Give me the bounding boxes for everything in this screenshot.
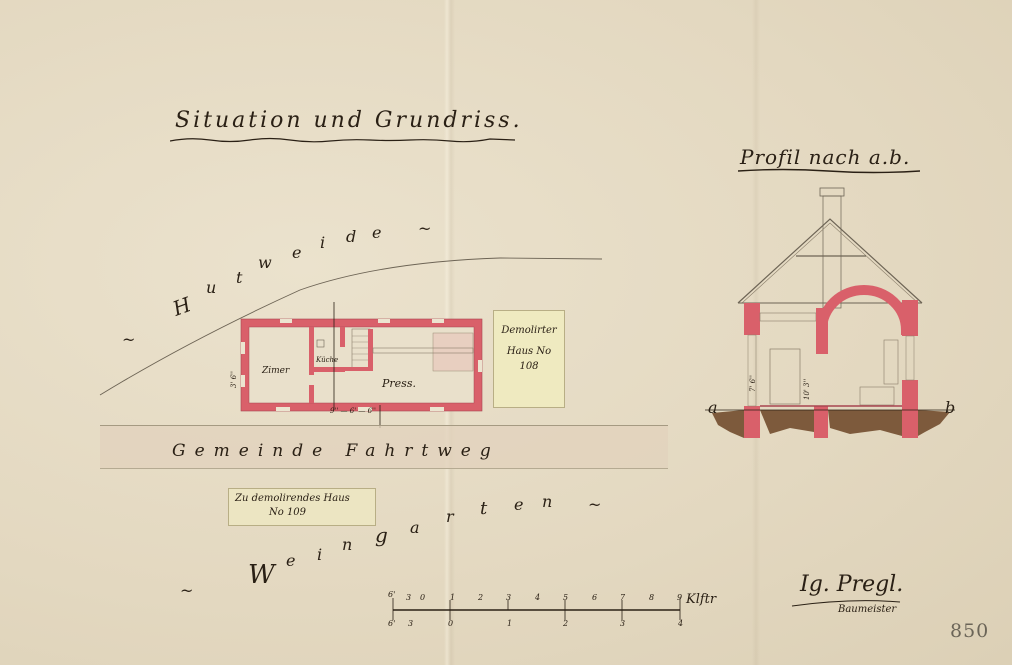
- svg-text:2: 2: [477, 593, 483, 602]
- svg-text:w: w: [258, 253, 272, 272]
- svg-text:0: 0: [420, 593, 425, 602]
- svg-text:6: 6: [592, 593, 597, 602]
- demolished-house-note: Demolirter Haus No 108: [493, 310, 565, 408]
- section-drawing: 7' 6'' 10' 3'': [705, 188, 955, 438]
- svg-text:4: 4: [677, 619, 683, 628]
- svg-text:5: 5: [563, 593, 568, 602]
- svg-text:a: a: [410, 518, 420, 537]
- demolished-note-line3: 108: [494, 361, 564, 372]
- archive-number: 850: [950, 620, 989, 642]
- svg-text:3: 3: [506, 593, 511, 602]
- svg-text:9: 9: [677, 593, 682, 602]
- road-label: Gemeinde Fahrtweg: [172, 441, 500, 461]
- svg-text:e: e: [292, 243, 301, 262]
- scale-bar: 6' 3 0 1 2 3 4 5 6 7 8 9 6' 3 0 1 2 3 4: [388, 590, 683, 628]
- front-dimension: 9'' — 6' — 6'': [330, 407, 376, 415]
- to-demolish-line2: No 109: [269, 507, 306, 518]
- svg-text:t: t: [480, 498, 488, 519]
- svg-text:H: H: [169, 292, 195, 321]
- svg-text:3: 3: [408, 619, 413, 628]
- svg-text:~: ~: [418, 219, 431, 238]
- svg-text:n: n: [342, 535, 352, 554]
- svg-text:W: W: [248, 560, 277, 590]
- center-height-mark: 10' 3'': [803, 379, 811, 400]
- side-dimension: 3' 6'': [230, 371, 238, 388]
- cut-point-a: a: [708, 398, 718, 417]
- left-height-mark: 7' 6'': [749, 375, 757, 392]
- svg-text:e: e: [286, 551, 295, 570]
- svg-text:r: r: [446, 507, 455, 526]
- room-label-zimmer: Zimer: [261, 366, 290, 376]
- svg-text:~: ~: [180, 581, 193, 600]
- svg-text:d: d: [346, 227, 356, 246]
- signature-name: Ig. Pregl.: [800, 572, 903, 597]
- house-to-demolish-note: Zu demolirendes Haus No 109: [228, 488, 376, 526]
- svg-text:~: ~: [122, 330, 135, 349]
- svg-text:i: i: [317, 545, 322, 564]
- svg-text:1: 1: [450, 593, 455, 602]
- svg-text:7: 7: [620, 593, 626, 602]
- architectural-drawing-sheet: Situation und Grundriss. Profil nach a.b…: [0, 0, 1012, 665]
- svg-text:i: i: [320, 233, 325, 252]
- svg-text:3: 3: [406, 593, 411, 602]
- signature-title: Baumeister: [838, 604, 896, 615]
- svg-text:0: 0: [448, 619, 453, 628]
- to-demolish-line1: Zu demolirendes Haus: [235, 493, 350, 504]
- svg-text:3: 3: [620, 619, 625, 628]
- svg-text:2: 2: [562, 619, 568, 628]
- svg-text:8: 8: [649, 593, 654, 602]
- demolished-note-line2: Haus No: [494, 346, 564, 357]
- scale-unit-label: Klftr: [686, 592, 716, 607]
- svg-text:n: n: [542, 492, 552, 511]
- svg-text:~: ~: [588, 495, 601, 514]
- demolished-note-line1: Demolirter: [494, 325, 564, 336]
- cut-point-b: b: [945, 398, 955, 417]
- svg-text:6': 6': [388, 619, 395, 628]
- svg-text:t: t: [236, 268, 243, 287]
- svg-text:e: e: [514, 495, 523, 514]
- room-label-kueche: Küche: [315, 356, 338, 364]
- room-label-presse: Press.: [381, 377, 416, 390]
- svg-text:6': 6': [388, 590, 395, 599]
- svg-text:e: e: [372, 223, 381, 242]
- svg-text:4: 4: [534, 593, 540, 602]
- svg-text:u: u: [206, 278, 216, 297]
- svg-text:1: 1: [507, 619, 512, 628]
- svg-text:g: g: [375, 523, 388, 547]
